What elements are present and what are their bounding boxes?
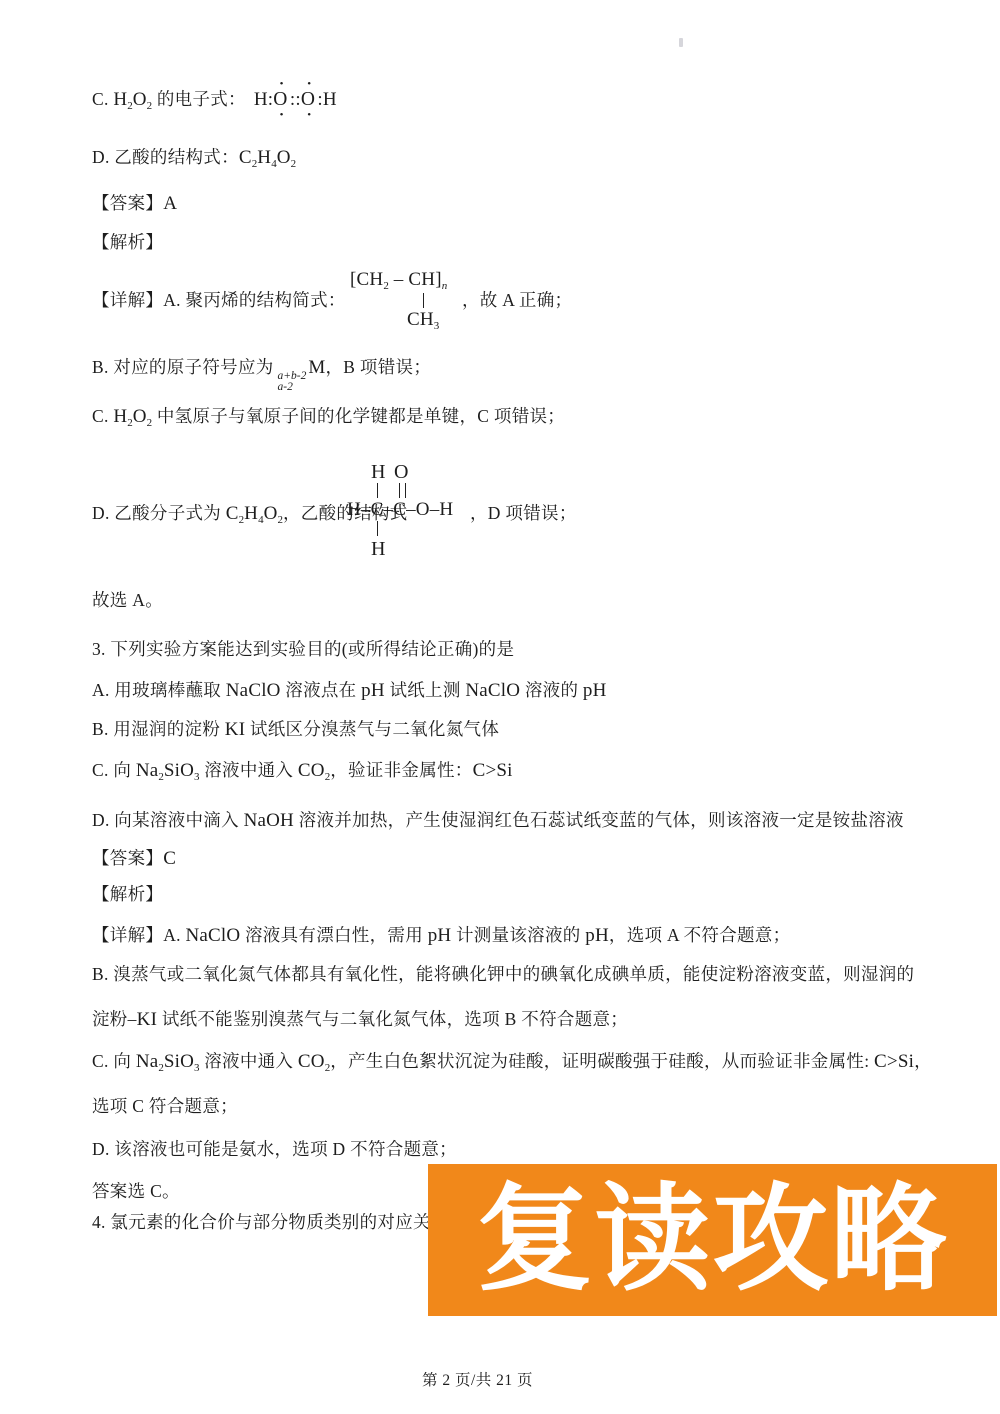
q2-detail-a-verdict: ，故 A 正确； (462, 289, 572, 311)
q2-detail-a: 【详解】A. 聚丙烯的结构简式： [CH2 – CH]n CH3 ，故 A 正确… (92, 289, 346, 311)
carbon-chain: H–C–C–O–H (347, 499, 453, 520)
q3-option-c: C. 向 Na2SiO3 溶液中通入 CO2，验证非金属性：C>Si (92, 759, 513, 782)
q3-detail-a: 【详解】A. NaClO 溶液具有漂白性，需用 pH 计测量该溶液的 pH，选项… (92, 924, 790, 947)
methyl-group: CH3 (407, 308, 439, 331)
q3-detail-c-line1: C. 向 Na2SiO3 溶液中通入 CO2，产生白色絮状沉淀为硅酸，证明碳酸强… (92, 1050, 932, 1073)
promo-banner-text: 复读攻略 (477, 1182, 949, 1298)
q2-conclusion: 故选 A。 (92, 589, 163, 611)
q2-option-c-label: C. H2O2 的电子式： (92, 89, 246, 109)
q2-detail-b: B. 对应的原子符号应为a+b-2a-2M，B 项错误； (92, 356, 431, 392)
carbonyl-oxygen: O (394, 462, 408, 482)
q2-detail-c: C. H2O2 中氢原子与氧原子间的化学键都是单键，C 项错误； (92, 405, 565, 428)
q2-detail-d: D. 乙酸分子式为 C2H4O2，乙酸的结构式 H O H–C–C–O–H H … (92, 502, 408, 525)
electron-dot-formula: H:O••::O••:H (254, 89, 337, 110)
bottom-hydrogen: H (371, 539, 385, 559)
q2-option-c: C. H2O2 的电子式：H:O••::O••:H (92, 88, 337, 111)
q3-detail-b-line1: B. 溴蒸气或二氧化氮气体都具有氧化性，能将碘化钾中的碘氧化成碘单质，能使淀粉溶… (92, 963, 914, 985)
polypropylene-structure: [CH2 – CH]n CH3 (350, 268, 460, 328)
q3-detail-c-line2: 选项 C 符合题意； (92, 1095, 238, 1117)
q3-answer: 【答案】C (92, 847, 176, 870)
q3-option-b: B. 用湿润的淀粉 KI 试纸区分溴蒸气与二氧化氮气体 (92, 718, 499, 741)
top-hydrogen: H (371, 462, 385, 482)
q4-stem: 4. 氯元素的化合价与部分物质类别的对应关 (92, 1211, 431, 1233)
polymer-repeat-unit: [CH2 – CH]n (350, 268, 447, 291)
q2-detail-a-text: 【详解】A. 聚丙烯的结构简式： (92, 290, 346, 310)
q3-stem: 3. 下列实验方案能达到实验目的(或所得结论正确)的是 (92, 638, 514, 660)
document-page: C. H2O2 的电子式：H:O••::O••:H D. 乙酸的结构式：C2H4… (0, 0, 1000, 1414)
scan-artifact (679, 38, 683, 47)
q3-option-d: D. 向某溶液中滴入 NaOH 溶液并加热，产生使湿润红色石蕊试纸变蓝的气体，则… (92, 809, 904, 832)
q3-detail-d: D. 该溶液也可能是氨水，选项 D 不符合题意； (92, 1138, 457, 1160)
double-bond (399, 483, 406, 498)
q2-analysis-label: 【解析】 (92, 231, 163, 253)
q2-detail-d-verdict: ，D 项错误； (470, 502, 577, 524)
q3-analysis-label: 【解析】 (92, 883, 163, 905)
q3-conclusion: 答案选 C。 (92, 1180, 180, 1202)
single-bond (423, 293, 424, 308)
q2-option-d: D. 乙酸的结构式：C2H4O2 (92, 146, 296, 169)
page-number: 第 2 页/共 21 页 (0, 1368, 955, 1390)
q3-detail-b-line2: 淀粉–KI 试纸不能鉴别溴蒸气与二氧化氮气体，选项 B 不符合题意； (92, 1008, 628, 1031)
single-bond (377, 521, 378, 536)
q2-answer: 【答案】A (92, 192, 177, 215)
acetic-acid-structure: H O H–C–C–O–H H (347, 462, 472, 560)
q3-option-a: A. 用玻璃棒蘸取 NaClO 溶液点在 pH 试纸上测 NaClO 溶液的 p… (92, 679, 607, 702)
promo-banner: 复读攻略 (428, 1164, 997, 1316)
single-bond (377, 483, 378, 498)
